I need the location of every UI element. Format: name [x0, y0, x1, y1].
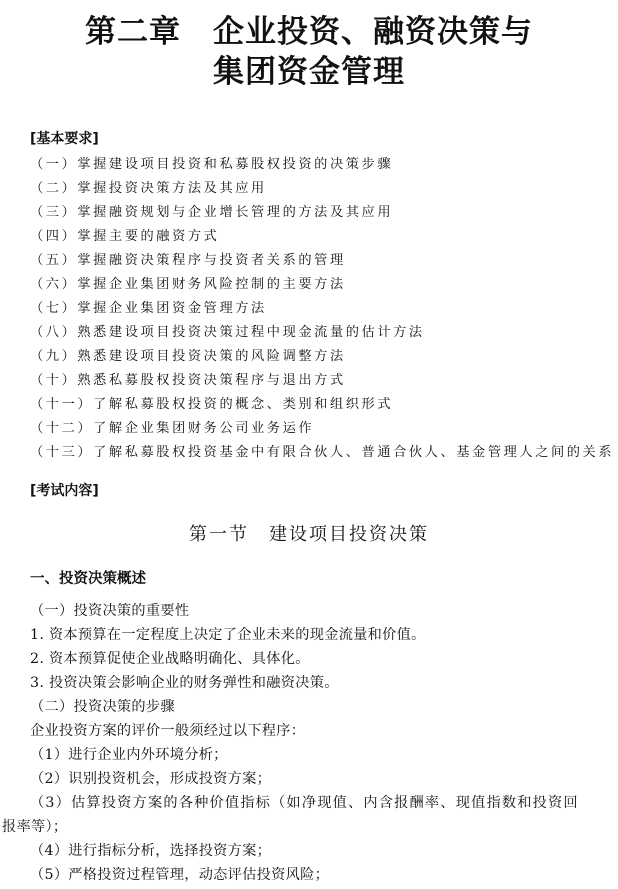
requirements-heading: [基本要求] — [30, 128, 99, 148]
point-item: 1. 资本预算在一定程度上决定了企业未来的现金流量和价值。 — [30, 624, 426, 644]
chapter-title-line2: 集团资金管理 — [0, 52, 618, 92]
requirement-item: （六）掌握企业集团财务风险控制的主要方法 — [30, 273, 346, 292]
step-item: （5）严格投资过程管理，动态评估投资风险； — [30, 864, 329, 884]
requirement-item: （九）熟悉建设项目投资决策的风险调整方法 — [30, 345, 346, 364]
heading-investment-overview: 一、投资决策概述 — [30, 567, 146, 588]
requirement-item: （十一）了解私募股权投资的概念、类别和组织形式 — [30, 393, 393, 412]
requirement-item: （十）熟悉私募股权投资决策程序与退出方式 — [30, 369, 346, 388]
point-item: 3. 投资决策会影响企业的财务弹性和融资决策。 — [30, 672, 339, 692]
step-item: （4）进行指标分析，选择投资方案； — [30, 840, 271, 860]
requirement-item: （三）掌握融资规划与企业增长管理的方法及其应用 — [30, 201, 393, 220]
step-item: （1）进行企业内外环境分析； — [30, 744, 228, 764]
chapter-title-line1: 第二章 企业投资、融资决策与 — [0, 12, 618, 52]
subheading-importance: （一）投资决策的重要性 — [30, 600, 189, 620]
requirement-item: （十三）了解私募股权投资基金中有限合伙人、普通合伙人、基金管理人之间的关系 — [30, 441, 614, 460]
requirement-item: （七）掌握企业集团资金管理方法 — [30, 297, 267, 316]
requirement-item: （四）掌握主要的融资方式 — [30, 225, 219, 244]
requirement-item: （一）掌握建设项目投资和私募股权投资的决策步骤 — [30, 153, 393, 172]
exam-content-heading: [考试内容] — [30, 480, 99, 500]
point-item: 2. 资本预算促使企业战略明确化、具体化。 — [30, 648, 310, 668]
section-title: 第一节 建设项目投资决策 — [0, 520, 618, 546]
step-item: （2）识别投资机会，形成投资方案； — [30, 768, 271, 788]
steps-intro: 企业投资方案的评价一般须经过以下程序： — [30, 720, 305, 740]
step-item-continuation: 报率等）； — [2, 816, 67, 836]
requirement-item: （十二）了解企业集团财务公司业务运作 — [30, 417, 314, 436]
requirement-item: （二）掌握投资决策方法及其应用 — [30, 177, 267, 196]
subheading-steps: （二）投资决策的步骤 — [30, 696, 175, 716]
requirement-item: （五）掌握融资决策程序与投资者关系的管理 — [30, 249, 346, 268]
requirement-item: （八）熟悉建设项目投资决策过程中现金流量的估计方法 — [30, 321, 425, 340]
step-item: （3）估算投资方案的各种价值指标（如净现值、内含报酬率、现值指数和投资回 — [30, 792, 579, 812]
